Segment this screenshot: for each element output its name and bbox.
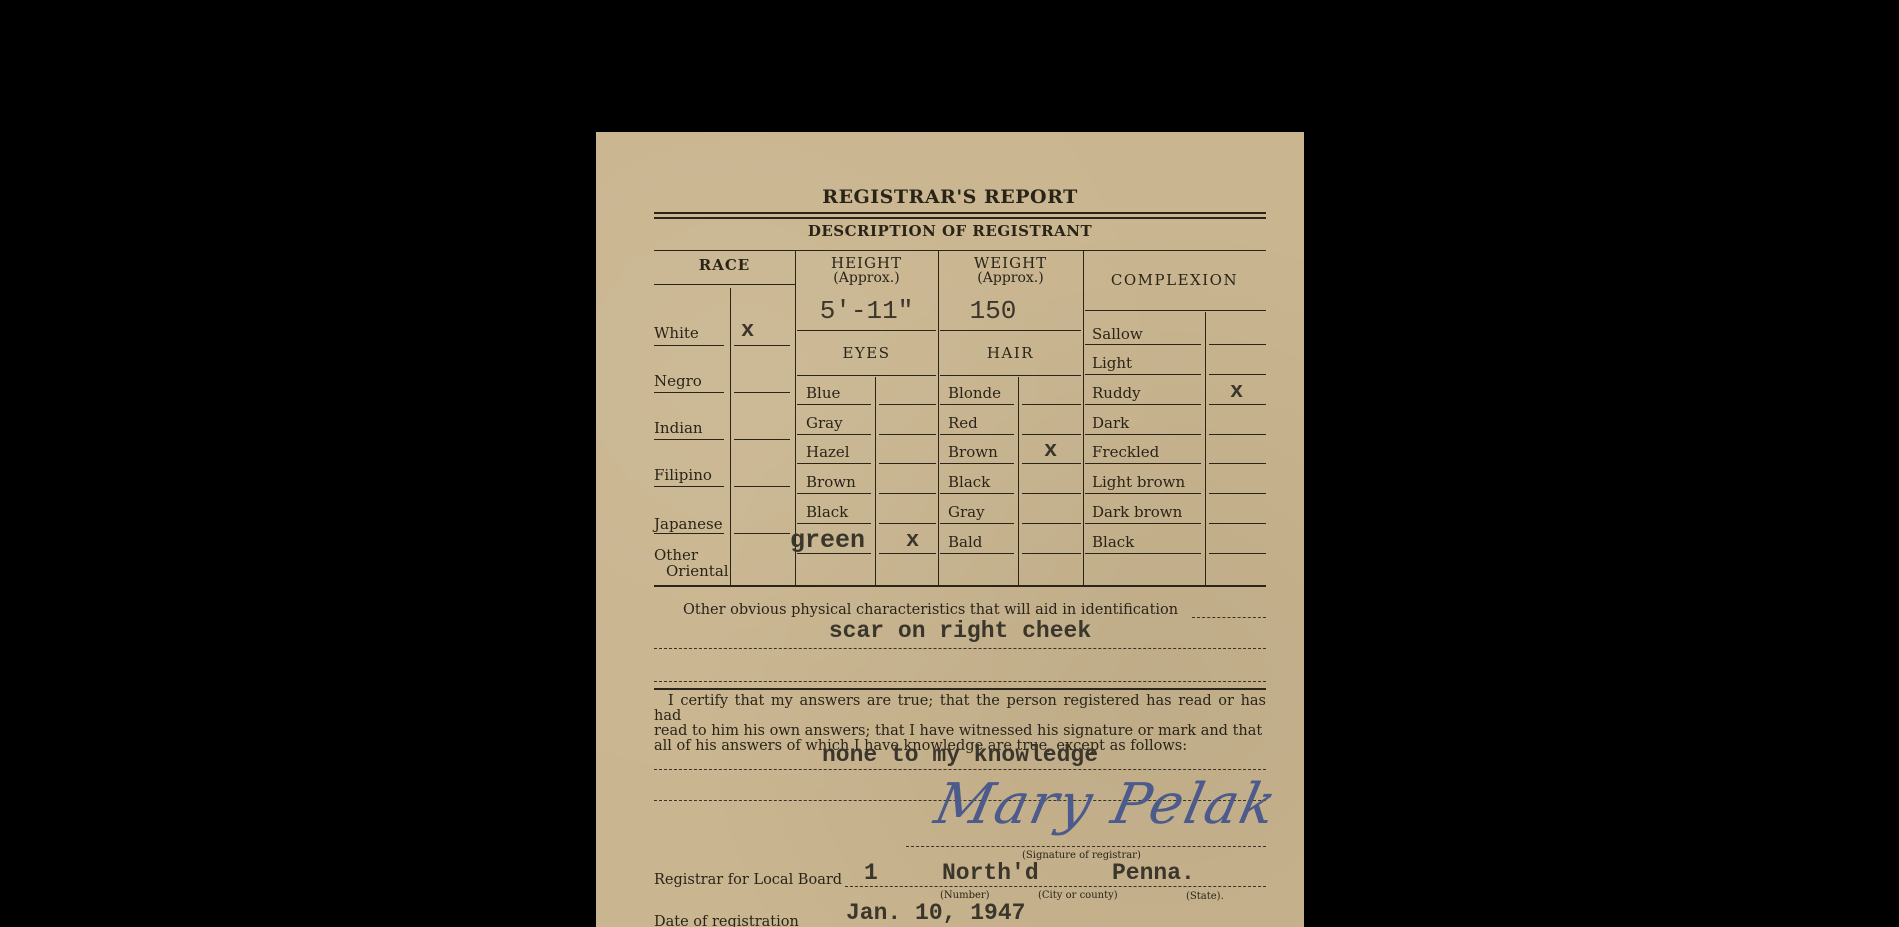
race-header-rule — [654, 284, 795, 285]
grid-rule — [1085, 463, 1201, 464]
certification-line-2: read to him his own answers; that I have… — [654, 724, 1266, 739]
local-board-line — [845, 886, 1266, 887]
characteristics-line-2 — [654, 681, 1266, 682]
grid-rule — [1085, 553, 1201, 554]
complexion-rule — [1085, 374, 1201, 375]
race-japanese-label: Japanese — [654, 515, 723, 533]
title-rule-top — [654, 212, 1266, 214]
state-caption: (State). — [1186, 891, 1224, 902]
hair-gray-label: Gray — [948, 503, 985, 521]
race-indian-label: Indian — [654, 419, 703, 437]
complexion-rule — [1209, 374, 1266, 375]
grid-rule — [940, 434, 1014, 435]
grid-rule — [1022, 523, 1081, 524]
complexion-light-label: Light — [1092, 354, 1132, 372]
grid-rule — [1085, 434, 1201, 435]
race-white-label: White — [654, 324, 699, 342]
city-caption: (City or county) — [1038, 890, 1118, 901]
race-rule — [654, 392, 724, 393]
section-rule — [654, 688, 1266, 690]
grid-rule — [940, 493, 1014, 494]
hair-red-label: Red — [948, 414, 978, 432]
race-rule — [654, 533, 724, 534]
grid-rule — [879, 493, 936, 494]
registration-date-value[interactable]: Jan. 10, 1947 — [846, 900, 1025, 926]
race-rule — [734, 486, 790, 487]
hair-header: HAIR — [938, 344, 1083, 362]
title-rule-bottom — [654, 217, 1266, 219]
registration-date-label: Date of registration — [654, 914, 799, 927]
local-board-label: Registrar for Local Board — [654, 872, 842, 888]
hair-bald-label: Bald — [948, 533, 982, 551]
race-rule — [654, 439, 724, 440]
hair-black-label: Black — [948, 473, 990, 491]
race-rule — [734, 392, 790, 393]
weight-value[interactable]: 150 — [938, 296, 1048, 326]
grid-rule — [1022, 404, 1081, 405]
certification-exceptions-value[interactable]: none to my knowledge — [654, 742, 1266, 768]
grid-rule — [940, 404, 1014, 405]
eyes-brown-label: Brown — [806, 473, 856, 491]
grid-rule — [940, 463, 1014, 464]
grid-rule — [797, 553, 871, 554]
grid-rule — [1209, 493, 1266, 494]
complexion-header: COMPLEXION — [1083, 271, 1266, 289]
complexion-lightbrown-label: Light brown — [1092, 473, 1185, 491]
eyes-other-value[interactable]: green — [790, 526, 865, 555]
race-oriental-label: Oriental — [666, 562, 729, 580]
complexion-header-rule — [1085, 310, 1266, 311]
complexion-black-label: Black — [1092, 533, 1134, 551]
complexion-rule — [1209, 344, 1266, 345]
certification-line-1: I certify that my answers are true; that… — [654, 694, 1266, 724]
race-rule — [654, 345, 724, 346]
eyes-check-divider — [875, 377, 876, 585]
eyes-header: EYES — [795, 344, 938, 362]
race-check-divider — [730, 288, 731, 585]
characteristics-prompt: Other obvious physical characteristics t… — [683, 602, 1178, 618]
eyes-blue-label: Blue — [806, 384, 840, 402]
grid-rule — [1209, 463, 1266, 464]
grid-rule — [797, 523, 871, 524]
grid-rule — [1022, 553, 1081, 554]
table-top-rule — [654, 250, 1266, 251]
eyes-green-mark[interactable]: x — [906, 528, 919, 553]
characteristics-value[interactable]: scar on right cheek — [654, 618, 1266, 644]
registrar-signature[interactable]: Mary Pelak — [929, 772, 1283, 837]
eyes-header-rule — [797, 375, 936, 376]
grid-rule — [879, 463, 936, 464]
document-title: REGISTRAR'S REPORT — [596, 186, 1304, 208]
race-rule — [734, 439, 790, 440]
grid-rule — [879, 404, 936, 405]
local-board-number[interactable]: 1 — [864, 860, 878, 886]
height-approx: (Approx.) — [795, 270, 938, 286]
col-divider-weight — [1083, 250, 1084, 585]
grid-rule — [1022, 463, 1081, 464]
registration-card: REGISTRAR'S REPORT DESCRIPTION OF REGIST… — [596, 132, 1304, 927]
grid-rule — [797, 493, 871, 494]
eyes-hazel-label: Hazel — [806, 443, 850, 461]
hair-header-rule — [940, 375, 1081, 376]
hair-brown-mark[interactable]: x — [1044, 438, 1057, 463]
document-subtitle: DESCRIPTION OF REGISTRANT — [596, 222, 1304, 240]
grid-rule — [1085, 523, 1201, 524]
hair-check-divider — [1018, 377, 1019, 585]
hair-blonde-label: Blonde — [948, 384, 1001, 402]
weight-rule — [940, 330, 1081, 331]
complexion-dark-label: Dark — [1092, 414, 1129, 432]
exceptions-line-1 — [654, 769, 1266, 770]
grid-rule — [940, 523, 1014, 524]
eyes-gray-label: Gray — [806, 414, 843, 432]
grid-rule — [940, 553, 1014, 554]
complexion-check-divider — [1205, 312, 1206, 585]
characteristics-line-1 — [654, 648, 1266, 649]
grid-rule — [1209, 434, 1266, 435]
eyes-black-label: Black — [806, 503, 848, 521]
grid-rule — [879, 553, 936, 554]
race-header: RACE — [654, 256, 795, 274]
height-rule — [797, 330, 936, 331]
grid-rule — [1085, 493, 1201, 494]
race-rule — [734, 345, 790, 346]
grid-rule — [797, 434, 871, 435]
grid-rule — [1209, 404, 1266, 405]
hair-brown-label: Brown — [948, 443, 998, 461]
grid-rule — [1209, 553, 1266, 554]
signature-line — [906, 846, 1266, 847]
grid-rule — [879, 523, 936, 524]
complexion-sallow-label: Sallow — [1092, 325, 1143, 343]
complexion-darkbrown-label: Dark brown — [1092, 503, 1182, 521]
local-board-state[interactable]: Penna. — [1112, 860, 1195, 886]
race-negro-label: Negro — [654, 372, 702, 390]
complexion-freckled-label: Freckled — [1092, 443, 1159, 461]
complexion-ruddy-mark[interactable]: x — [1230, 379, 1243, 404]
table-bottom-rule — [654, 585, 1266, 587]
grid-rule — [1022, 434, 1081, 435]
weight-approx: (Approx.) — [938, 270, 1083, 286]
grid-rule — [1085, 404, 1201, 405]
local-board-city[interactable]: North'd — [942, 860, 1039, 886]
race-rule — [734, 533, 790, 534]
grid-rule — [879, 434, 936, 435]
complexion-rule — [1085, 344, 1201, 345]
grid-rule — [1209, 523, 1266, 524]
race-rule — [654, 486, 724, 487]
grid-rule — [797, 463, 871, 464]
race-white-mark[interactable]: x — [741, 318, 754, 343]
height-value[interactable]: 5'-11" — [795, 296, 938, 326]
grid-rule — [797, 404, 871, 405]
complexion-ruddy-label: Ruddy — [1092, 384, 1141, 402]
race-filipino-label: Filipino — [654, 466, 712, 484]
grid-rule — [1022, 493, 1081, 494]
